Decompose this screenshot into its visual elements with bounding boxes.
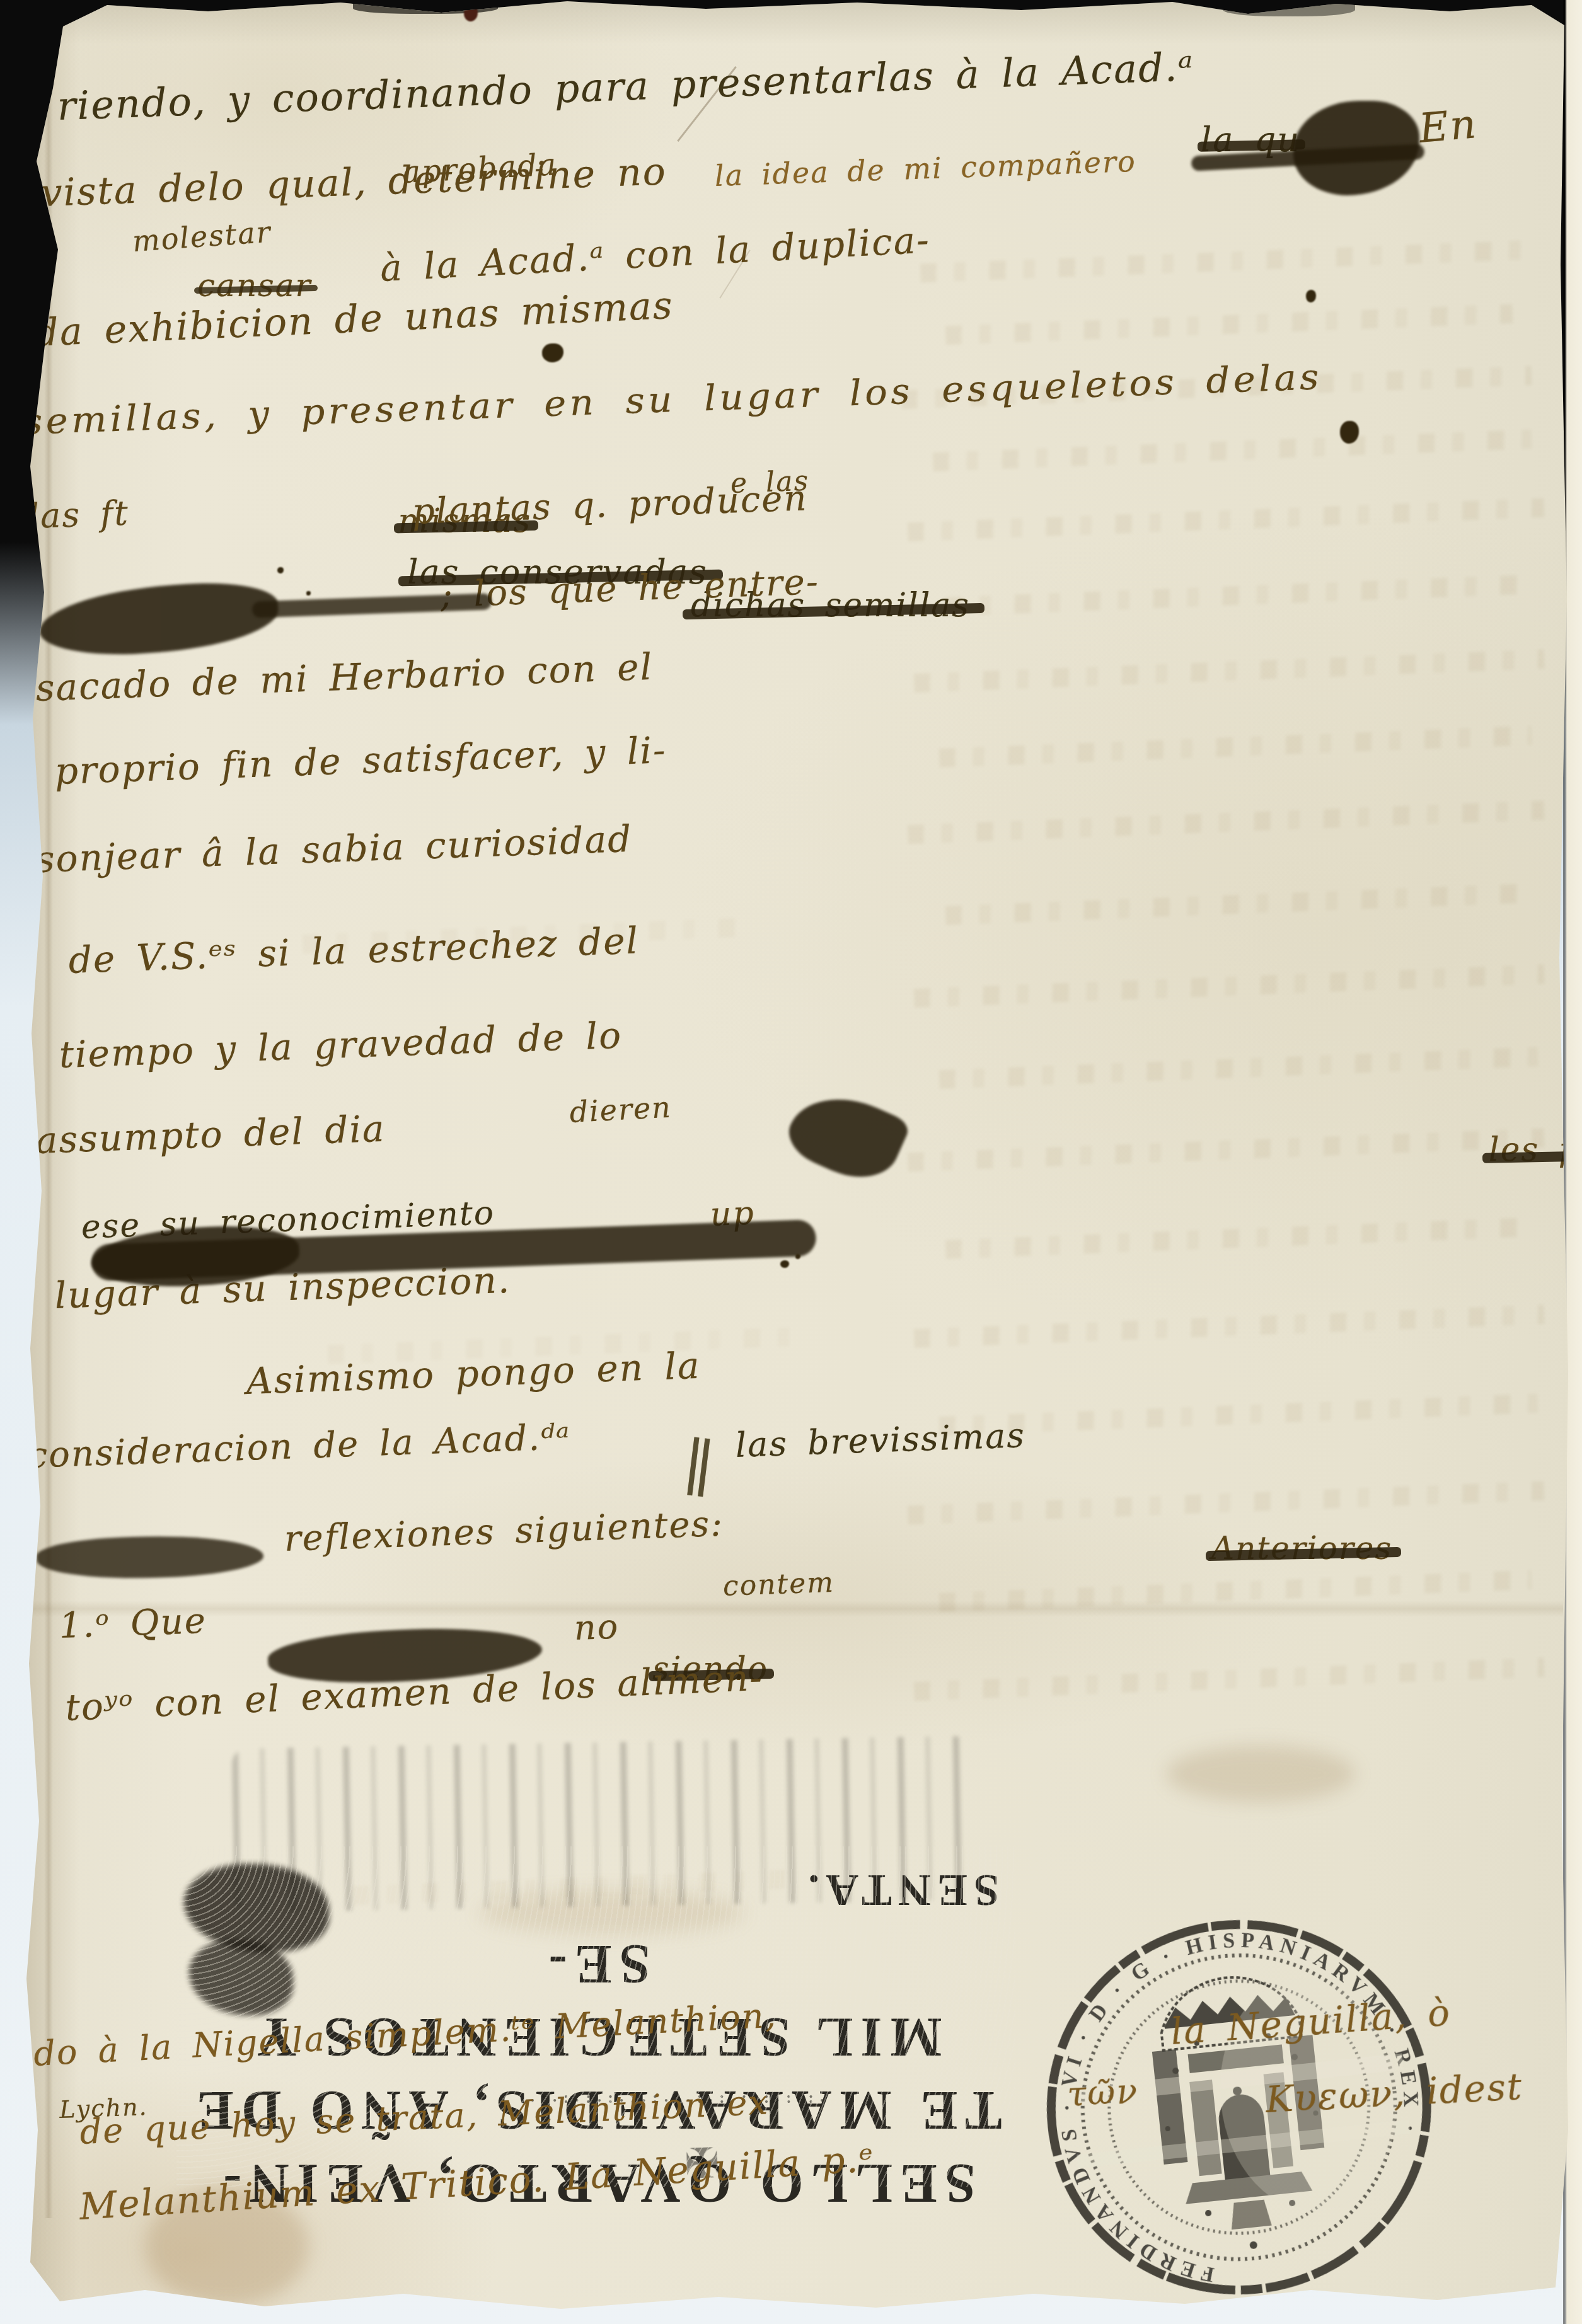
bleedthrough-line xyxy=(939,1394,1538,1435)
bleedthrough-line xyxy=(920,241,1525,283)
bleedthrough-line xyxy=(945,1217,1532,1259)
ink-spot xyxy=(277,567,284,573)
inserted-word: molestar xyxy=(131,215,272,258)
manuscript-line: sacado de mi Herbario con el xyxy=(35,645,654,710)
top-edge-tear xyxy=(1223,0,1355,16)
ink-spot xyxy=(542,343,563,362)
horizontal-crease xyxy=(25,1601,1563,1617)
ink-spot xyxy=(780,1260,789,1268)
inserted-word: dieren xyxy=(569,1090,673,1129)
bleedthrough-line xyxy=(908,498,1544,542)
manuscript-line: tiempo y la gravedad de lo xyxy=(59,1014,623,1076)
adjacent-page-edge xyxy=(1563,0,1582,2324)
bleedthrough-line xyxy=(908,801,1544,844)
manuscript-line: 1.ᵒ Que xyxy=(59,1601,207,1647)
inserted-word: e las xyxy=(730,465,810,500)
manuscript-line: da exhibicion de unas mismas xyxy=(33,284,674,355)
manuscript-line: sonjear â la sabia curiosidad xyxy=(35,817,633,881)
ink-spot xyxy=(795,1254,800,1259)
struck-word: Anteriores xyxy=(1211,1530,1392,1567)
bleedthrough-line xyxy=(939,1047,1538,1089)
bleedthrough-line xyxy=(908,1129,1544,1172)
manuscript-line: las brevissimas xyxy=(735,1415,1026,1465)
manuscript-line: Asimismo pongo en la xyxy=(246,1344,702,1403)
bleedthrough-line xyxy=(933,430,1532,471)
bleedthrough-line xyxy=(914,965,1544,1008)
bleedthrough-line xyxy=(945,304,1513,345)
manuscript-line: las ft xyxy=(28,493,130,536)
manuscript-line: assumpto del dia xyxy=(35,1107,386,1162)
bleedthrough-line xyxy=(945,575,1532,616)
stamp-line: SENTA. xyxy=(186,1854,1005,1927)
manuscript-line: no xyxy=(574,1607,620,1648)
manuscript-line: τῶν xyxy=(1066,2071,1140,2114)
bleedthrough-line xyxy=(914,650,1544,693)
manuscript-line: semillas, y presentar en su lugar los es… xyxy=(23,357,1323,443)
manuscript-line: vista delo qual, determine no xyxy=(40,149,667,216)
bleedthrough-line xyxy=(914,1305,1544,1348)
ink-stain xyxy=(1166,1746,1355,1802)
ink-flourish xyxy=(780,1079,912,1193)
manuscript-line: consideracion de la Acad.ᵈᵃ xyxy=(27,1417,572,1476)
inserted-word: contem xyxy=(722,1567,835,1602)
ink-spot xyxy=(306,591,311,595)
manuscript-line: proprio fin de satisfacer, y li- xyxy=(54,728,667,793)
struck-word: cansar xyxy=(197,267,311,304)
bleedthrough-line xyxy=(945,883,1532,925)
bleedthrough-line xyxy=(939,726,1532,768)
bleedthrough-line xyxy=(908,1481,1544,1525)
manuscript-line: à la Acad.ᵃ con la duplica- xyxy=(379,218,931,290)
inserted-phrase: la idea de mi compañero xyxy=(714,144,1136,193)
manuscript-line: En xyxy=(1417,101,1479,152)
manuscript-page: riendo, y coordinando para presentarlas … xyxy=(0,0,1582,2324)
bleedthrough-line xyxy=(914,1658,1544,1701)
manuscript-line: de V.S.ᵉˢ si la estrechez del xyxy=(68,919,640,982)
ink-spot xyxy=(1306,290,1316,302)
manuscript-line: reflexiones siguientes: xyxy=(284,1504,724,1560)
manuscript-line: riendo, y coordinando para presentarlas … xyxy=(56,43,1194,129)
insertion-caret: ∥ xyxy=(679,1430,719,1507)
